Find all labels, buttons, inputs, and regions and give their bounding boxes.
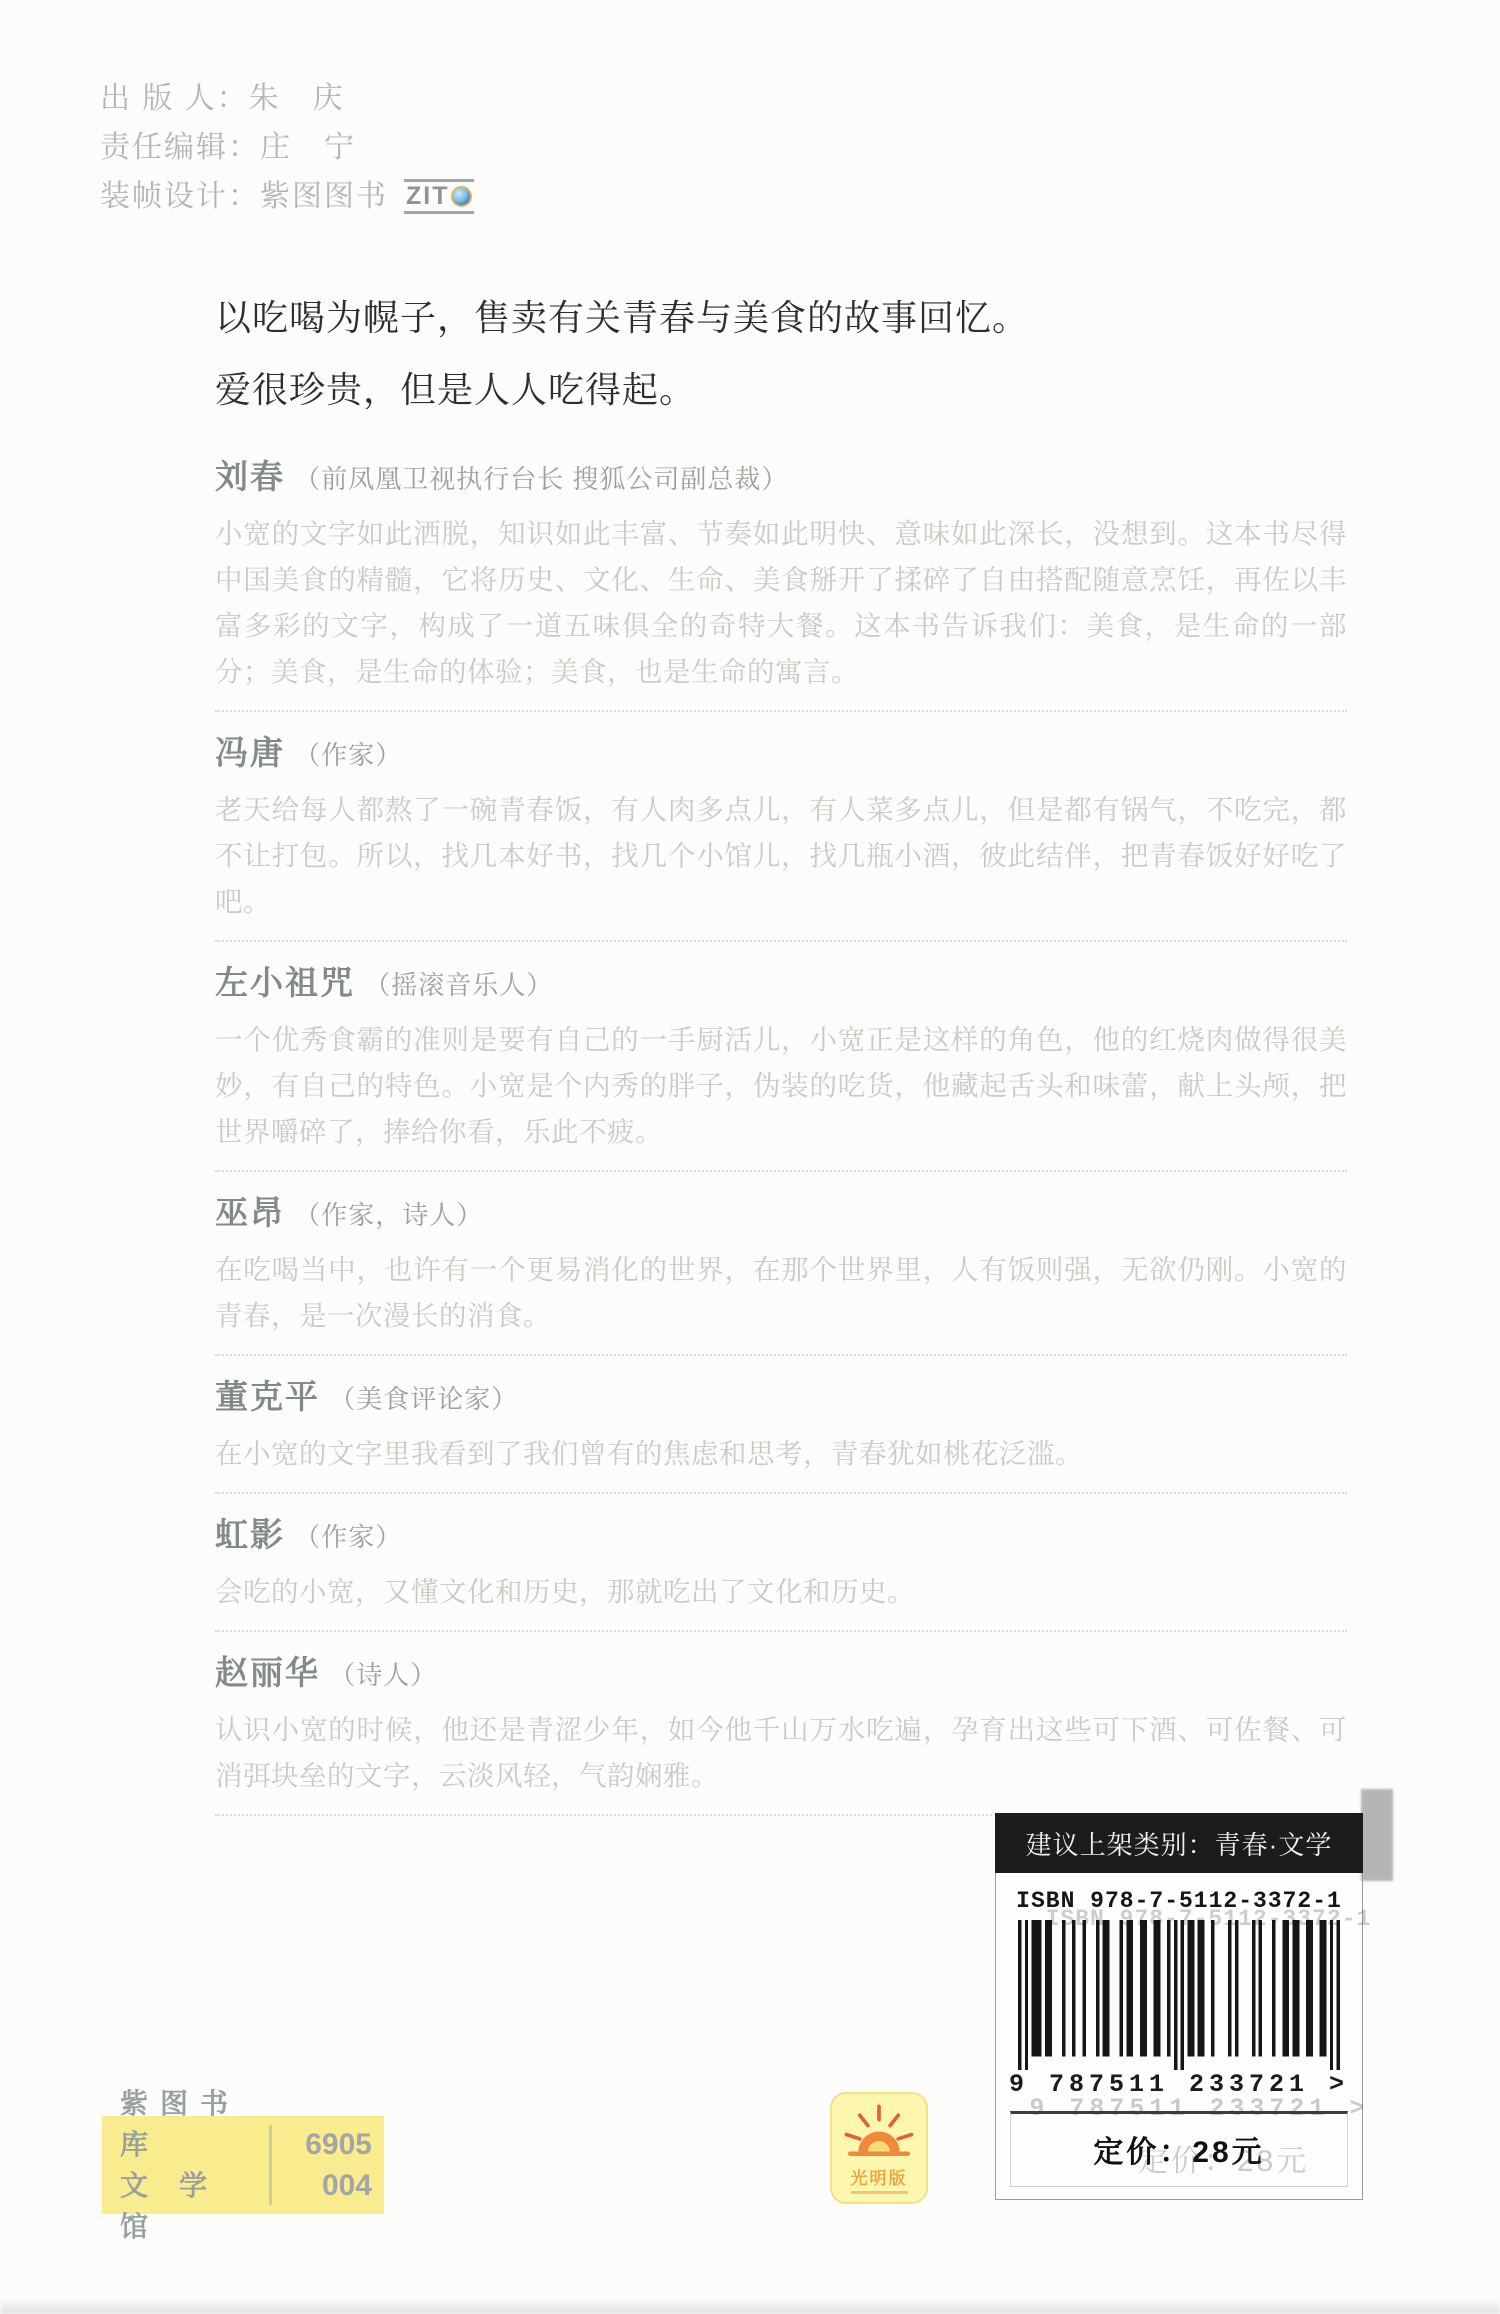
endorser-role: （美食评论家） <box>329 1384 518 1414</box>
library-codes: 6905 004 <box>272 2124 384 2206</box>
endorsement-section-zuoxiaozuzhou: 左小祖咒 （摇滚音乐人） 一个优秀食霸的准则是要有自己的一手厨活儿，小宽正是这样… <box>215 942 1347 1172</box>
tagline: 以吃喝为幌子，售卖有关青春与美食的故事回忆。 爱很珍贵，但是人人吃得起。 <box>215 282 1029 426</box>
endorser-name: 赵丽华 <box>215 1654 320 1691</box>
barcode-label: ISBN 978-7-5112-3372-1 ISBN 978-7-5112-3… <box>995 1872 1363 2200</box>
endorser-name: 左小祖咒 <box>215 964 355 1001</box>
endorsement-text: 会吃的小宽，又懂文化和历史，那就吃出了文化和历史。 <box>215 1569 1347 1615</box>
barcode-digits: 9 787511 233721 > 9 787511 233721 > <box>996 2070 1362 2099</box>
book-back-cover: 出 版 人：朱 庆 责任编辑：庄 宁 装帧设计：紫图图书ZIT 以吃喝为幌子，售… <box>0 0 1500 2314</box>
library-code-bottom: 004 <box>272 2165 372 2206</box>
stamp-label: 光明版 <box>851 2164 908 2194</box>
page-bottom-edge <box>0 2298 1500 2314</box>
shelving-category-label: 建议上架类别：青春·文学 <box>1026 1825 1333 1862</box>
ean13-barcode <box>1018 1920 1340 2070</box>
library-series-names: 紫图书库 文学馆 <box>102 2083 269 2247</box>
endorser-name: 虹影 <box>215 1516 285 1553</box>
guangming-stamp: 光明版 <box>830 2092 928 2204</box>
endorsement-section-hongying: 虹影 （作家） 会吃的小宽，又懂文化和历史，那就吃出了文化和历史。 <box>215 1494 1347 1632</box>
zito-globe-icon <box>451 186 472 207</box>
library-box-divider <box>269 2125 272 2205</box>
endorsements-list: 刘春 （前凤凰卫视执行台长 搜狐公司副总裁） 小宽的文字如此洒脱，知识如此丰富、… <box>215 436 1347 1816</box>
endorser-role: （诗人） <box>329 1660 437 1690</box>
endorsement-text: 在吃喝当中，也许有一个更易消化的世界，在那个世界里，人有饭则强，无欲仍刚。小宽的… <box>215 1247 1347 1339</box>
library-code-top: 6905 <box>272 2124 372 2165</box>
endorser-name: 冯唐 <box>215 734 285 771</box>
endorser-name: 董克平 <box>215 1378 320 1415</box>
tagline-line-2: 爱很珍贵，但是人人吃得起。 <box>215 354 1029 426</box>
price-box: 定价：28元 定价：28元 <box>1010 2111 1348 2187</box>
endorsement-section-fengtang: 冯唐 （作家） 老天给每人都熬了一碗青春饭，有人肉多点儿，有人菜多点儿，但是都有… <box>215 712 1347 942</box>
rising-sun-icon <box>842 2103 916 2163</box>
endorser-heading: 虹影 （作家） <box>215 1514 1347 1561</box>
endorsement-section-liuchun: 刘春 （前凤凰卫视执行台长 搜狐公司副总裁） 小宽的文字如此洒脱，知识如此丰富、… <box>215 436 1347 712</box>
zito-logo-text: ZIT <box>406 182 450 210</box>
endorsement-text: 认识小宽的时候，他还是青涩少年，如今他千山万水吃遍，孕育出这些可下酒、可佐餐、可… <box>215 1707 1347 1799</box>
publisher-line: 出 版 人：朱 庆 <box>100 74 474 123</box>
endorsement-section-zhaolihua: 赵丽华 （诗人） 认识小宽的时候，他还是青涩少年，如今他千山万水吃遍，孕育出这些… <box>215 1632 1347 1816</box>
endorser-heading: 左小祖咒 （摇滚音乐人） <box>215 962 1347 1009</box>
isbn-text: ISBN 978-7-5112-3372-1 ISBN 978-7-5112-3… <box>996 1888 1362 1914</box>
endorsement-text: 在小宽的文字里我看到了我们曾有的焦虑和思考，青春犹如桃花泛滥。 <box>215 1431 1347 1477</box>
endorsement-text: 一个优秀食霸的准则是要有自己的一手厨活儿，小宽正是这样的角色，他的红烧肉做得很美… <box>215 1017 1347 1155</box>
shelving-category-bar: 建议上架类别：青春·文学 <box>995 1813 1363 1873</box>
endorsement-text: 老天给每人都熬了一碗青春饭，有人肉多点儿，有人菜多点儿，但是都有锅气，不吃完，都… <box>215 787 1347 925</box>
design-line: 装帧设计：紫图图书ZIT <box>100 172 474 221</box>
endorser-role: （作家） <box>294 740 402 770</box>
endorser-role: （摇滚音乐人） <box>364 970 553 1000</box>
endorser-heading: 刘春 （前凤凰卫视执行台长 搜狐公司副总裁） <box>215 456 1347 503</box>
endorser-heading: 冯唐 （作家） <box>215 732 1347 779</box>
library-series-box: 紫图书库 文学馆 6905 004 <box>102 2116 384 2214</box>
publisher-block: 出 版 人：朱 庆 责任编辑：庄 宁 装帧设计：紫图图书ZIT <box>100 74 474 221</box>
endorser-role: （作家） <box>294 1522 402 1552</box>
photo-ghost-artifact <box>1361 1789 1393 1881</box>
endorsement-section-wuang: 巫昂 （作家，诗人） 在吃喝当中，也许有一个更易消化的世界，在那个世界里，人有饭… <box>215 1172 1347 1356</box>
endorser-name: 巫昂 <box>215 1194 285 1231</box>
library-series-name: 紫图书库 <box>120 2083 269 2165</box>
isbn-ghost-text: ISBN 978-7-5112-3372-1 <box>1024 1906 1392 1932</box>
endorser-name: 刘春 <box>215 458 285 495</box>
price-ghost-text: 定价：28元 <box>1138 2136 1309 2180</box>
editor-line: 责任编辑：庄 宁 <box>100 123 474 172</box>
design-label: 装帧设计：紫图图书 <box>100 180 388 213</box>
endorser-heading: 董克平 （美食评论家） <box>215 1376 1347 1423</box>
zito-logo: ZIT <box>404 179 474 214</box>
library-category: 文学馆 <box>120 2165 269 2247</box>
endorsement-text: 小宽的文字如此洒脱，知识如此丰富、节奏如此明快、意味如此深长，没想到。这本书尽得… <box>215 511 1347 695</box>
endorser-heading: 巫昂 （作家，诗人） <box>215 1192 1347 1239</box>
endorser-role: （作家，诗人） <box>294 1200 483 1230</box>
tagline-line-1: 以吃喝为幌子，售卖有关青春与美食的故事回忆。 <box>215 282 1029 354</box>
endorser-role: （前凤凰卫视执行台长 搜狐公司副总裁） <box>294 464 788 494</box>
endorsement-section-dongkeping: 董克平 （美食评论家） 在小宽的文字里我看到了我们曾有的焦虑和思考，青春犹如桃花… <box>215 1356 1347 1494</box>
endorser-heading: 赵丽华 （诗人） <box>215 1652 1347 1699</box>
